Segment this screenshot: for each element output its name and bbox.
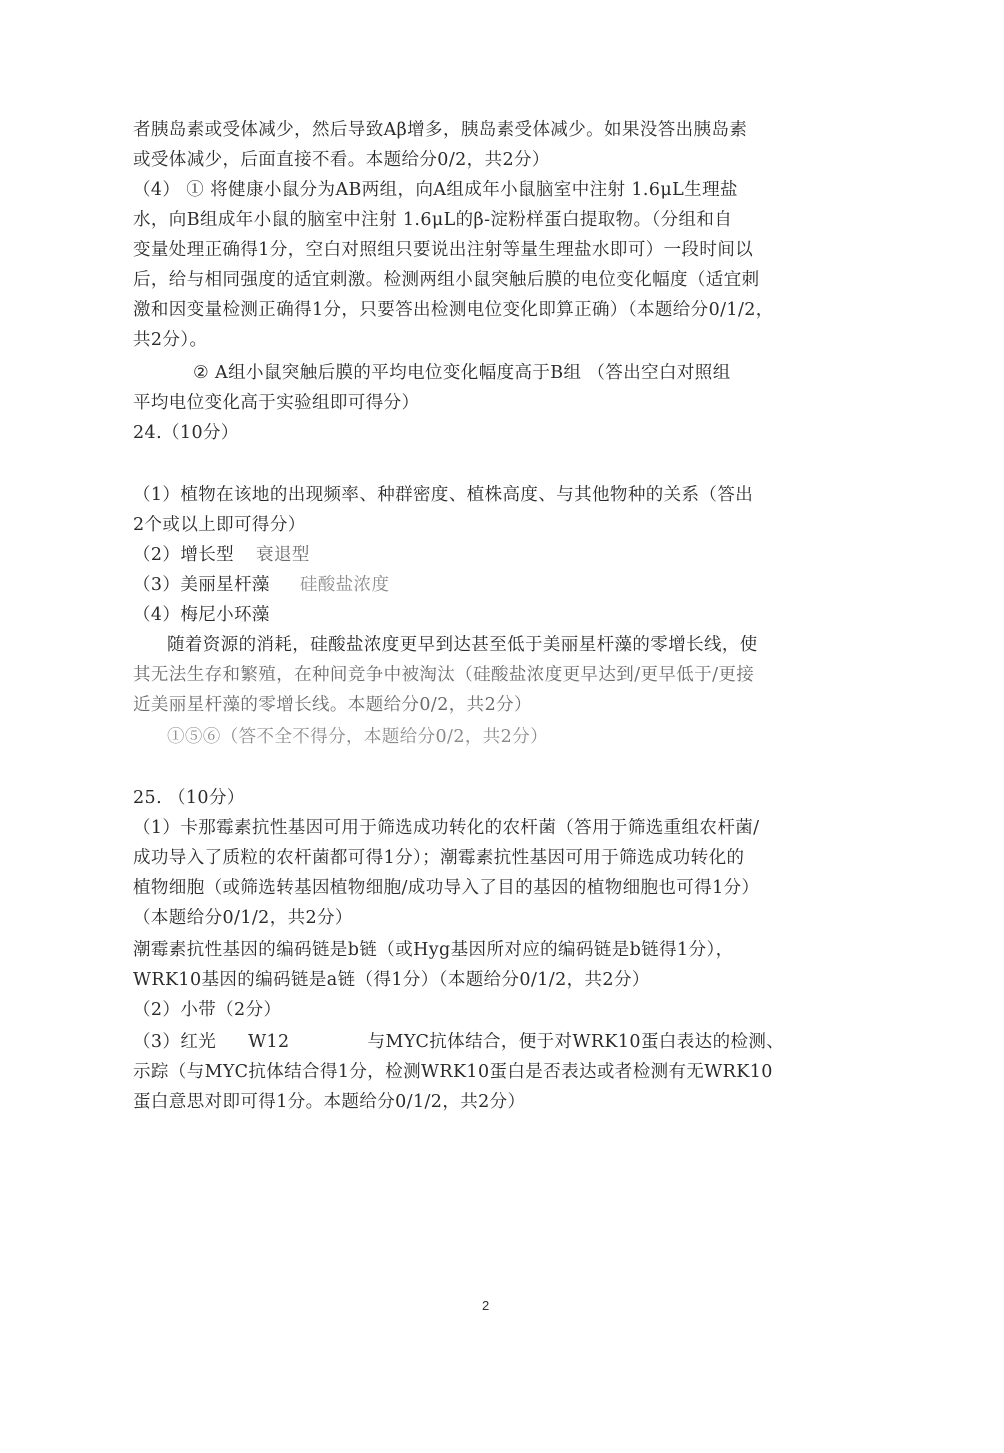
text-line: 平均电位变化高于实验组即可得分）	[133, 391, 843, 415]
text-line: 变量处理正确得1分，空白对照组只要说出注射等量生理盐水即可）一段时间以	[133, 238, 843, 262]
text-line: 后，给与相同强度的适宜刺激。检测两组小鼠突触后膜的电位变化幅度（适宜刺	[133, 268, 843, 292]
text-line: 共2分）。	[133, 328, 843, 352]
answer-24-3: （3）美丽星杆藻硅酸盐浓度	[133, 573, 843, 597]
text-line: 其无法生存和繁殖，在种间竞争中被淘汰（硅酸盐浓度更早达到/更早低于/更接	[133, 663, 843, 687]
text-line: 者胰岛素或受体减少，然后导致Aβ增多，胰岛素受体减少。如果没答出胰岛素	[133, 118, 843, 142]
text-line: 植物细胞（或筛选转基因植物细胞/成功导入了目的基因的植物细胞也可得1分）	[133, 876, 843, 900]
answer-23-4-1: （4） ① 将健康小鼠分为AB两组，向A组成年小鼠脑室中注射 1.6μL生理盐	[133, 178, 843, 202]
text-line: 近美丽星杆藻的零增长线。本题给分0/2，共2分）	[133, 693, 843, 717]
answer-24-1: （1）植物在该地的出现频率、种群密度、植株高度、与其他物种的关系（答出	[133, 483, 843, 507]
text-line: （本题给分0/1/2，共2分）	[133, 906, 843, 930]
text-line: 示踪（与MYC抗体结合得1分，检测WRK10蛋白是否表达或者检测有无WRK10	[133, 1060, 843, 1084]
answer-text: 与MYC抗体结合，便于对WRK10蛋白表达的检测、	[368, 1032, 785, 1052]
text-line: 随着资源的消耗，硅酸盐浓度更早到达甚至低于美丽星杆藻的零增长线，使	[167, 633, 847, 657]
answer-24-2: （2）增长型衰退型	[133, 543, 843, 567]
text-line: 潮霉素抗性基因的编码链是b链（或Hyg基因所对应的编码链是b链得1分），	[133, 938, 843, 962]
text-line: 蛋白意思对即可得1分。本题给分0/1/2，共2分）	[133, 1090, 843, 1114]
answer-24-4: （4）梅尼小环藻	[133, 603, 843, 627]
answer-text: （3）红光	[133, 1032, 216, 1052]
answer-text: （3）美丽星杆藻	[133, 575, 270, 595]
document-page: 者胰岛素或受体减少，然后导致Aβ增多，胰岛素受体减少。如果没答出胰岛素 或受体减…	[0, 0, 1004, 1453]
text-line: 激和因变量检测正确得1分，只要答出检测电位变化即算正确）（本题给分0/1/2，	[133, 298, 843, 322]
question-25-heading: 25. （10分）	[133, 786, 843, 810]
question-24-heading: 24.（10分）	[133, 421, 843, 445]
answer-25-2: （2）小带（2分）	[133, 998, 843, 1022]
answer-text: （2）增长型	[133, 545, 234, 565]
page-number: 2	[482, 1298, 489, 1313]
text-line: 2个或以上即可得分）	[133, 513, 843, 537]
answer-23-4-2: ② A组小鼠突触后膜的平均电位变化幅度高于B组 （答出空白对照组	[193, 361, 843, 385]
text-line: WRK10基因的编码链是a链（得1分）（本题给分0/1/2，共2分）	[133, 968, 843, 992]
answer-text: W12	[248, 1032, 289, 1052]
text-line: 成功导入了质粒的农杆菌都可得1分）；潮霉素抗性基因可用于筛选成功转化的	[133, 846, 843, 870]
answer-25-3: （3）红光W12与MYC抗体结合，便于对WRK10蛋白表达的检测、	[133, 1030, 843, 1054]
text-line: 水，向B组成年小鼠的脑室中注射 1.6μL的β-淀粉样蛋白提取物。（分组和自	[133, 208, 843, 232]
answer-25-1: （1）卡那霉素抗性基因可用于筛选成功转化的农杆菌（答用于筛选重组农杆菌/	[133, 816, 843, 840]
text-line: ①⑤⑥（答不全不得分，本题给分0/2，共2分）	[167, 725, 877, 749]
text-line: 或受体减少，后面直接不看。本题给分0/2，共2分）	[133, 148, 843, 172]
answer-text: 硅酸盐浓度	[300, 575, 390, 595]
answer-text: 衰退型	[256, 545, 310, 565]
